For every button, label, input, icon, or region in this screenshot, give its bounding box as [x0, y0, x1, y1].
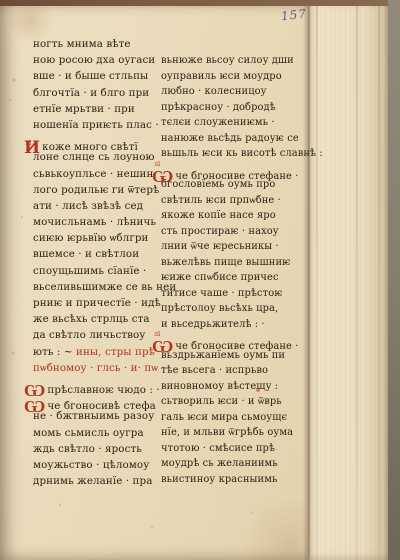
ink-text: вьшьль ѥси кь висотѣ славнѣ : [161, 148, 323, 159]
margin-note: лї [154, 161, 160, 167]
manuscript-line: тєлєи слоужениѥмь · [161, 117, 297, 133]
manuscript-line: чтотою · смѣсисе прѣ [161, 443, 297, 459]
manuscript-line: пѡбномоу · глсь · и· пѡ · [33, 362, 157, 378]
manuscript-line: сьтвориль ѥси · и ѿврь [161, 396, 297, 412]
manuscript-line: ждь свѣтло · ярость [33, 443, 157, 459]
manuscript-line: ати · лисѣ звѣзѣ сед [33, 200, 157, 216]
ink-text: виновномоу вѣстещу : [161, 381, 278, 392]
ink-text: ати · лисѣ звѣзѣ сед [33, 200, 143, 212]
manuscript-line: Икоже много свѣтї [33, 135, 157, 151]
manuscript-line: ногть мнима вѣте [33, 38, 157, 54]
ink-text: не · бжтвныимь разоу [33, 410, 154, 422]
manuscript-line: вьистиноу красныимь [161, 474, 297, 490]
ink-text: рниѥ и причестїе · идѣ [33, 297, 161, 309]
ink-text: дрнимь желанїе · пра [33, 475, 152, 487]
manuscript-line: етнїе мрьтви · при [33, 103, 157, 119]
ink-text: вьистиноу красныимь [161, 474, 277, 485]
manuscript-line: лого родильѥ ги ѿтерѣ [33, 184, 157, 200]
manuscript-line: вьздрьжанїемь оумь пи [161, 350, 297, 366]
margin-note: лї [25, 140, 31, 146]
manuscript-line: любно · колесницоу [161, 86, 297, 102]
manuscript-line: вьшьль ѥси кь висотѣ славнѣ : [161, 148, 297, 164]
manuscript-line: Ѡче бгоносиве стефане · [161, 164, 297, 180]
margin-note: лї [154, 331, 160, 337]
ink-text: сть простираѥ · нахоу [161, 226, 279, 237]
manuscript-line: ють : ~ ины, стры прѣ [33, 346, 157, 362]
leaf-edge-crease [378, 0, 380, 560]
ink-text: вьжелѣвь пище вышниѥ [161, 257, 291, 268]
manuscript-line: ною росою дха оугаси [33, 54, 157, 70]
manuscript-line: якоже копїе насе яро [161, 210, 297, 226]
manuscript-line: вшемсе · и свѣтлои [33, 248, 157, 264]
ink-text: моужьство · цѣломоу [33, 459, 149, 471]
ink-text: вше · и быше стльпы [33, 70, 148, 82]
manuscript-line: сиѥю ѥрьвїю ѡблгри [33, 232, 157, 248]
ink-text: сьтвориль ѥси · и ѿврь [161, 396, 282, 407]
ink-text: вьселивьшимже се вь неи [33, 281, 176, 293]
manuscript-line: вьнюже вьсоу силоу дши [161, 55, 297, 71]
manuscript-line: сть простираѥ · нахоу [161, 226, 297, 242]
manuscript-line: Ѡче бгоносивѣ стефа [33, 394, 157, 410]
folio-number: 157 [280, 7, 307, 24]
manuscript-line: прѣкрасноу · добродѣ [161, 102, 297, 118]
ink-text: же вьсѣхь стрлць ста [33, 313, 150, 325]
ink-text: бгословїемь оумь про [161, 179, 275, 190]
ink-text: якоже копїе насе яро [161, 210, 276, 221]
manuscript-line: да свѣтло личьствоу [33, 329, 157, 345]
manuscript-line: лоне слнце сь лоуною [33, 151, 157, 167]
book-fore-edge [310, 0, 388, 560]
ink-text: моудрѣ сь желаниимь [161, 458, 278, 469]
manuscript-line: ѥиже спѡбисе причес [161, 272, 297, 288]
background-top-edge [0, 0, 400, 6]
manuscript-line: ношенїа приѥть плас · [33, 119, 157, 135]
manuscript-line: блгочтїа · и блго при [33, 87, 157, 103]
manuscript-line: вше · и быше стльпы [33, 70, 157, 86]
manuscript-line: момь сьмисль оугра [33, 427, 157, 443]
leaf-edge-crease [316, 0, 318, 560]
manuscript-line: свѣтиль ѥси прпѡбне · [161, 195, 297, 211]
ink-text: ють : ~ [33, 346, 76, 358]
rubric-text: пѡбномоу · глсь · и· пѡ · [33, 362, 165, 374]
manuscript-line: мочисльнамь · лѣничь [33, 216, 157, 232]
manuscript-line: же вьсѣхь стрлць ста [33, 313, 157, 329]
manuscript-line: споущьшимь сїанїе · [33, 265, 157, 281]
ink-text: момь сьмисль оугра [33, 427, 144, 439]
ink-text: ною росою дха оугаси [33, 54, 155, 66]
column-right: вьнюже вьсоу силоу дшиоуправиль ѥси моуд… [161, 55, 297, 489]
ink-text: сьвькоупльсе · нешин [33, 168, 153, 180]
ink-text: прѣкрасноу · добродѣ [161, 102, 276, 113]
ink-text: титисе чаше · прѣстоѥ [161, 288, 283, 299]
manuscript-line: вьжелѣвь пище вышниѥ [161, 257, 297, 273]
margin-note: ѿ [256, 387, 260, 393]
ink-text: сиѥю ѥрьвїю ѡблгри [33, 232, 148, 244]
manuscript-line: моужьство · цѣломоу [33, 459, 157, 475]
ink-text: тєлєи слоужениѥмь · [161, 117, 275, 128]
ink-text: нїе, и мльви ѿгрѣбь оума [161, 427, 293, 438]
ink-text: чтотою · смѣсисе прѣ [161, 443, 275, 454]
ink-text: блгочтїа · и блго при [33, 87, 149, 99]
ink-text: лоне слнце сь лоуною [33, 151, 155, 163]
manuscript-line: бгословїемь оумь про [161, 179, 297, 195]
manuscript-photo: 157 ногть мнима вѣтеною росою дха оугаси… [0, 0, 400, 560]
ink-text: оуправиль ѥси моудро [161, 71, 282, 82]
manuscript-line: Ѡпрѣславноѥ чюдо : · [33, 378, 157, 394]
ink-text: вьнюже вьсоу силоу дши [161, 55, 294, 66]
manuscript-line: тѣе вьсега · испрьво [161, 365, 297, 381]
rubric-initial: Ѡ [152, 337, 173, 357]
manuscript-line: рниѥ и причестїе · идѣ [33, 297, 157, 313]
ink-text: ношенїа приѥть плас · [33, 119, 159, 131]
manuscript-line: Ѡче бгоносиве стефане · [161, 334, 297, 350]
manuscript-line: нанюже вьсѣдь радоуѥ се [161, 133, 297, 149]
manuscript-line: прѣстолоу вьсѣхь цра, [161, 303, 297, 319]
ink-text: тѣе вьсега · испрьво [161, 365, 268, 376]
ink-text: любно · колесницоу [161, 86, 267, 97]
manuscript-line: сьвькоупльсе · нешин [33, 168, 157, 184]
manuscript-line: виновномоу вѣстещу : [161, 381, 297, 397]
column-left: ногть мнима вѣтеною росою дха оугасивше … [33, 38, 157, 491]
ink-text: ждь свѣтло · ярость [33, 443, 142, 455]
ink-text: ѥиже спѡбисе причес [161, 272, 279, 283]
manuscript-line: и вьседрьжителѣ : · [161, 319, 297, 335]
ink-text: споущьшимь сїанїе · [33, 265, 146, 277]
manuscript-line: оуправиль ѥси моудро [161, 71, 297, 87]
manuscript-line: моудрѣ сь желаниимь [161, 458, 297, 474]
ink-text: лнии ѿче ѥресьникы · [161, 241, 279, 252]
rubric-initial: Ѡ [24, 397, 45, 417]
ink-text: лого родильѥ ги ѿтерѣ [33, 184, 159, 196]
ink-text: нанюже вьсѣдь радоуѥ се [161, 133, 299, 144]
ink-text: галь ѥси мира сьмоущє [161, 412, 287, 423]
manuscript-line: дрнимь желанїе · пра [33, 475, 157, 491]
ink-text: вшемсе · и свѣтлои [33, 248, 139, 260]
ink-text: да свѣтло личьствоу [33, 329, 145, 341]
ink-text: вьздрьжанїемь оумь пи [161, 350, 285, 361]
manuscript-line: не · бжтвныимь разоу [33, 410, 157, 426]
manuscript-line: титисе чаше · прѣстоѥ [161, 288, 297, 304]
manuscript-line: галь ѥси мира сьмоущє [161, 412, 297, 428]
ink-text: и вьседрьжителѣ : · [161, 319, 265, 330]
manuscript-line: нїе, и мльви ѿгрѣбь оума [161, 427, 297, 443]
rubric-initial: Ѡ [152, 167, 173, 187]
ink-text: етнїе мрьтви · при [33, 103, 135, 115]
ink-text: мочисльнамь · лѣничь [33, 216, 156, 228]
ink-text: ногть мнима вѣте [33, 38, 131, 50]
manuscript-line: лнии ѿче ѥресьникы · [161, 241, 297, 257]
leaf-edge-crease [356, 0, 358, 560]
ink-text: прѣстолоу вьсѣхь цра, [161, 303, 278, 314]
manuscript-line: вьселивьшимже се вь неи [33, 281, 157, 297]
rubric-text: ины, стры прѣ [76, 346, 155, 358]
ink-text: свѣтиль ѥси прпѡбне · [161, 195, 281, 206]
background-right-edge [388, 0, 400, 560]
